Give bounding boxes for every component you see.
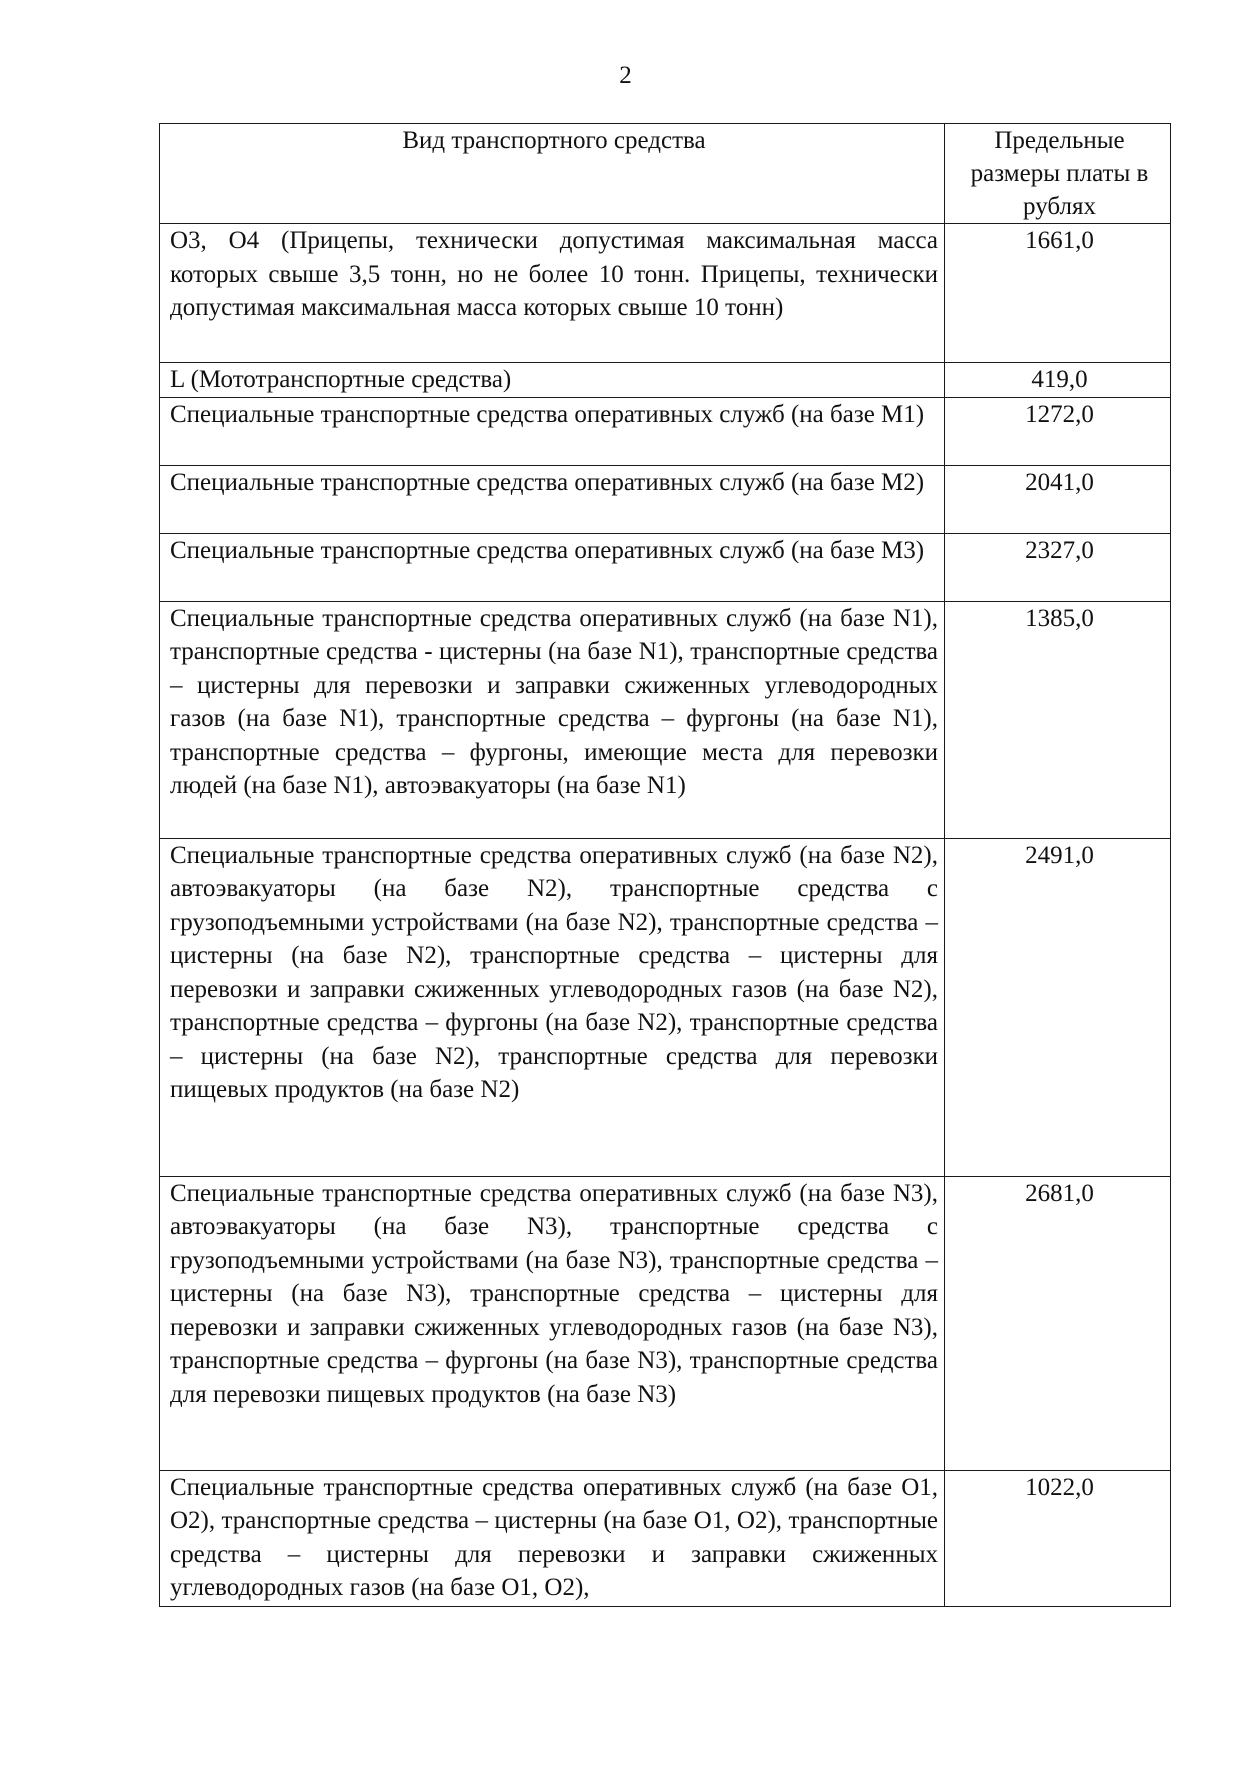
table-row: Специальные транспортные средства операт… — [160, 397, 1171, 465]
table-row: Специальные транспортные средства операт… — [160, 601, 1171, 838]
table-row: O3, O4 (Прицепы, технически допустимая м… — [160, 224, 1171, 363]
fee-cell: 419,0 — [945, 363, 1171, 398]
vehicle-type-cell: Специальные транспортные средства операт… — [160, 601, 945, 838]
table-row: Специальные транспортные средства операт… — [160, 465, 1171, 533]
table-row: Специальные транспортные средства операт… — [160, 838, 1171, 1176]
fee-cell: 1385,0 — [945, 601, 1171, 838]
table-row: Специальные транспортные средства операт… — [160, 1176, 1171, 1470]
vehicle-type-cell: L (Мототранспортные средства) — [160, 363, 945, 398]
fee-cell: 1022,0 — [945, 1470, 1171, 1606]
header-vehicle-type: Вид транспортного средства — [160, 124, 945, 224]
vehicle-type-cell: Специальные транспортные средства операт… — [160, 838, 945, 1176]
page-number: 2 — [0, 62, 1251, 90]
table-header-row: Вид транспортного средства Предельные ра… — [160, 124, 1171, 224]
fee-table: Вид транспортного средства Предельные ра… — [159, 123, 1171, 1607]
table-row: L (Мототранспортные средства) 419,0 — [160, 363, 1171, 398]
table-row: Специальные транспортные средства операт… — [160, 533, 1171, 601]
vehicle-type-cell: Специальные транспортные средства операт… — [160, 465, 945, 533]
table-row: Специальные транспортные средства операт… — [160, 1470, 1171, 1606]
vehicle-type-cell: Специальные транспортные средства операт… — [160, 1176, 945, 1470]
header-fee: Предельные размеры платы в рублях — [945, 124, 1171, 224]
fee-cell: 2681,0 — [945, 1176, 1171, 1470]
fee-cell: 2491,0 — [945, 838, 1171, 1176]
fee-cell: 1272,0 — [945, 397, 1171, 465]
fee-cell: 1661,0 — [945, 224, 1171, 363]
vehicle-type-cell: Специальные транспортные средства операт… — [160, 397, 945, 465]
fee-cell: 2041,0 — [945, 465, 1171, 533]
vehicle-type-cell: Специальные транспортные средства операт… — [160, 1470, 945, 1606]
vehicle-type-cell: Специальные транспортные средства операт… — [160, 533, 945, 601]
fee-cell: 2327,0 — [945, 533, 1171, 601]
vehicle-type-cell: O3, O4 (Прицепы, технически допустимая м… — [160, 224, 945, 363]
